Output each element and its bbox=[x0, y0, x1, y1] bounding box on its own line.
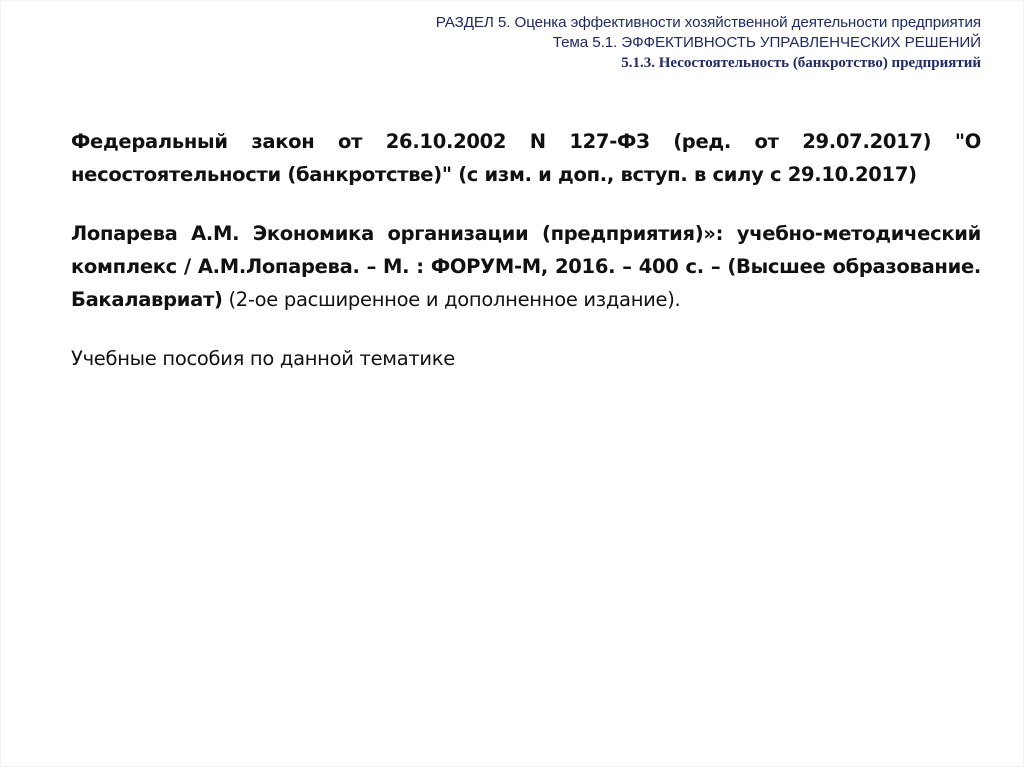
slide: РАЗДЕЛ 5. Оценка эффективности хозяйстве… bbox=[0, 0, 1024, 767]
topic-title: Тема 5.1. ЭФФЕКТИВНОСТЬ УПРАВЛЕНЧЕСКИХ Р… bbox=[436, 33, 981, 53]
subtopic-title: 5.1.3. Несостоятельность (банкротство) п… bbox=[436, 53, 981, 74]
book-reference-edition: (2-ое расширенное и дополненное издание)… bbox=[223, 288, 681, 311]
law-reference: Федеральный закон от 26.10.2002 N 127-ФЗ… bbox=[71, 125, 981, 191]
tutorials-note: Учебные пособия по данной тематике bbox=[71, 342, 981, 375]
slide-header: РАЗДЕЛ 5. Оценка эффективности хозяйстве… bbox=[436, 13, 981, 74]
slide-body: Федеральный закон от 26.10.2002 N 127-ФЗ… bbox=[71, 125, 981, 401]
book-reference: Лопарева А.М. Экономика организации (пре… bbox=[71, 217, 981, 316]
section-title: РАЗДЕЛ 5. Оценка эффективности хозяйстве… bbox=[436, 13, 981, 33]
